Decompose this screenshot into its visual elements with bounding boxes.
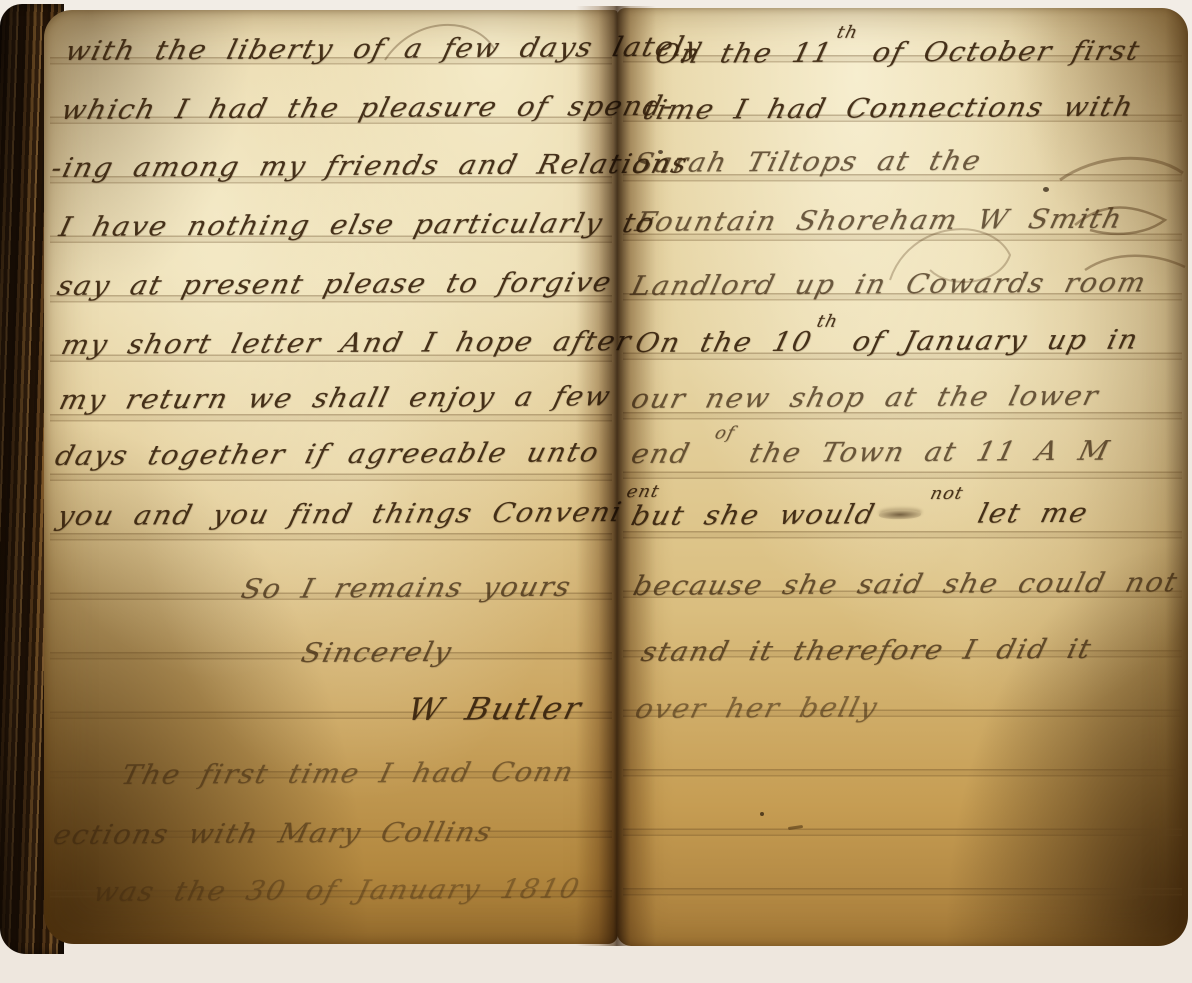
- inserted-word: not: [928, 484, 965, 504]
- manuscript-line: which I had the pleasure of spend-: [58, 91, 678, 126]
- manuscript-line: days together if agreeable unto: [52, 437, 603, 472]
- manuscript-line: because she said she could not: [630, 567, 1181, 602]
- manuscript-line: say at present please to forgive: [54, 267, 616, 302]
- line-text: ections with Mary Collins: [50, 817, 496, 851]
- line-text: time I had Connections with: [640, 92, 1137, 126]
- line-text: say at present please to forgive: [54, 267, 616, 302]
- scanned-diary-image: with the liberty of a few days lately wh…: [0, 0, 1192, 983]
- ink-flourish: [380, 10, 500, 70]
- line-text: which I had the pleasure of spend-: [58, 91, 678, 126]
- line-text: you and you find things Conveni: [54, 497, 626, 532]
- line-text: because she said she could not: [630, 567, 1181, 602]
- line-text: of October first: [849, 36, 1144, 69]
- ink-blot: [1043, 187, 1049, 192]
- line-text: So I remains yours: [238, 572, 575, 605]
- manuscript-line-faint: ections with Mary Collins: [50, 817, 496, 851]
- manuscript-line: my return we shall enjoy a few: [56, 381, 615, 416]
- marginal-ink-flourish: [1055, 145, 1190, 295]
- manuscript-line: Sarah Tiltops at the: [630, 146, 985, 179]
- line-text: On the 10: [632, 327, 816, 359]
- line-text: was the 30 of January 1810: [90, 874, 584, 908]
- manuscript-line-closing: Sincerely: [298, 637, 456, 669]
- manuscript-line: our new shop at the lower: [628, 381, 1102, 415]
- line-text: the Town at 11 A M: [726, 436, 1113, 470]
- manuscript-line-faint: The first time I had Conn: [118, 757, 578, 791]
- manuscript-line: I have nothing else particularly to: [56, 208, 659, 243]
- line-text: The first time I had Conn: [118, 757, 578, 791]
- line-text: my short letter And I hope after: [58, 326, 635, 361]
- manuscript-line: stand it therefore I did it: [638, 634, 1095, 668]
- manuscript-line: you and you find things Convenient: [54, 496, 658, 532]
- manuscript-line-closing: So I remains yours: [238, 572, 575, 605]
- line-text: days together if agreeable unto: [52, 437, 603, 472]
- line-text: of January up in: [829, 324, 1142, 357]
- line-text: W Butler: [404, 691, 586, 728]
- line-text: but she would: [628, 499, 879, 532]
- line-text: over her belly: [632, 692, 881, 725]
- ink-flourish: [880, 210, 1020, 300]
- manuscript-line: time I had Connections with: [640, 92, 1137, 126]
- ink-blot: [760, 812, 764, 816]
- signature: W Butler: [404, 691, 586, 728]
- manuscript-line-faint: over her belly: [632, 692, 881, 725]
- manuscript-line: On the 11th of October first: [652, 35, 1144, 70]
- handwriting-layer: with the liberty of a few days lately wh…: [0, 0, 1192, 983]
- manuscript-line: end of the Town at 11 A M: [628, 435, 1114, 470]
- manuscript-line: my short letter And I hope after: [58, 326, 635, 361]
- line-text: Sarah Tiltops at the: [630, 146, 985, 179]
- manuscript-line: but she wouldnot let me: [628, 497, 1092, 532]
- manuscript-line: -ing among my friends and Relations: [48, 149, 692, 184]
- line-text: -ing among my friends and Relations: [48, 149, 692, 184]
- line-text: stand it therefore I did it: [638, 634, 1095, 668]
- line-text: On the 11: [652, 38, 836, 70]
- line-text: Sincerely: [298, 637, 456, 669]
- line-text: end: [628, 438, 714, 470]
- ink-smudge-strikeout: [878, 510, 922, 519]
- manuscript-line-faint: was the 30 of January 1810: [90, 874, 584, 908]
- line-text: I have nothing else particularly to: [56, 208, 659, 243]
- line-text: my return we shall enjoy a few: [56, 381, 615, 416]
- manuscript-line: On the 10th of January up in: [632, 323, 1142, 359]
- ink-blot: [658, 150, 663, 154]
- line-text: let me: [954, 498, 1091, 530]
- stray-ink-dash: [788, 825, 803, 830]
- line-text: our new shop at the lower: [628, 381, 1102, 415]
